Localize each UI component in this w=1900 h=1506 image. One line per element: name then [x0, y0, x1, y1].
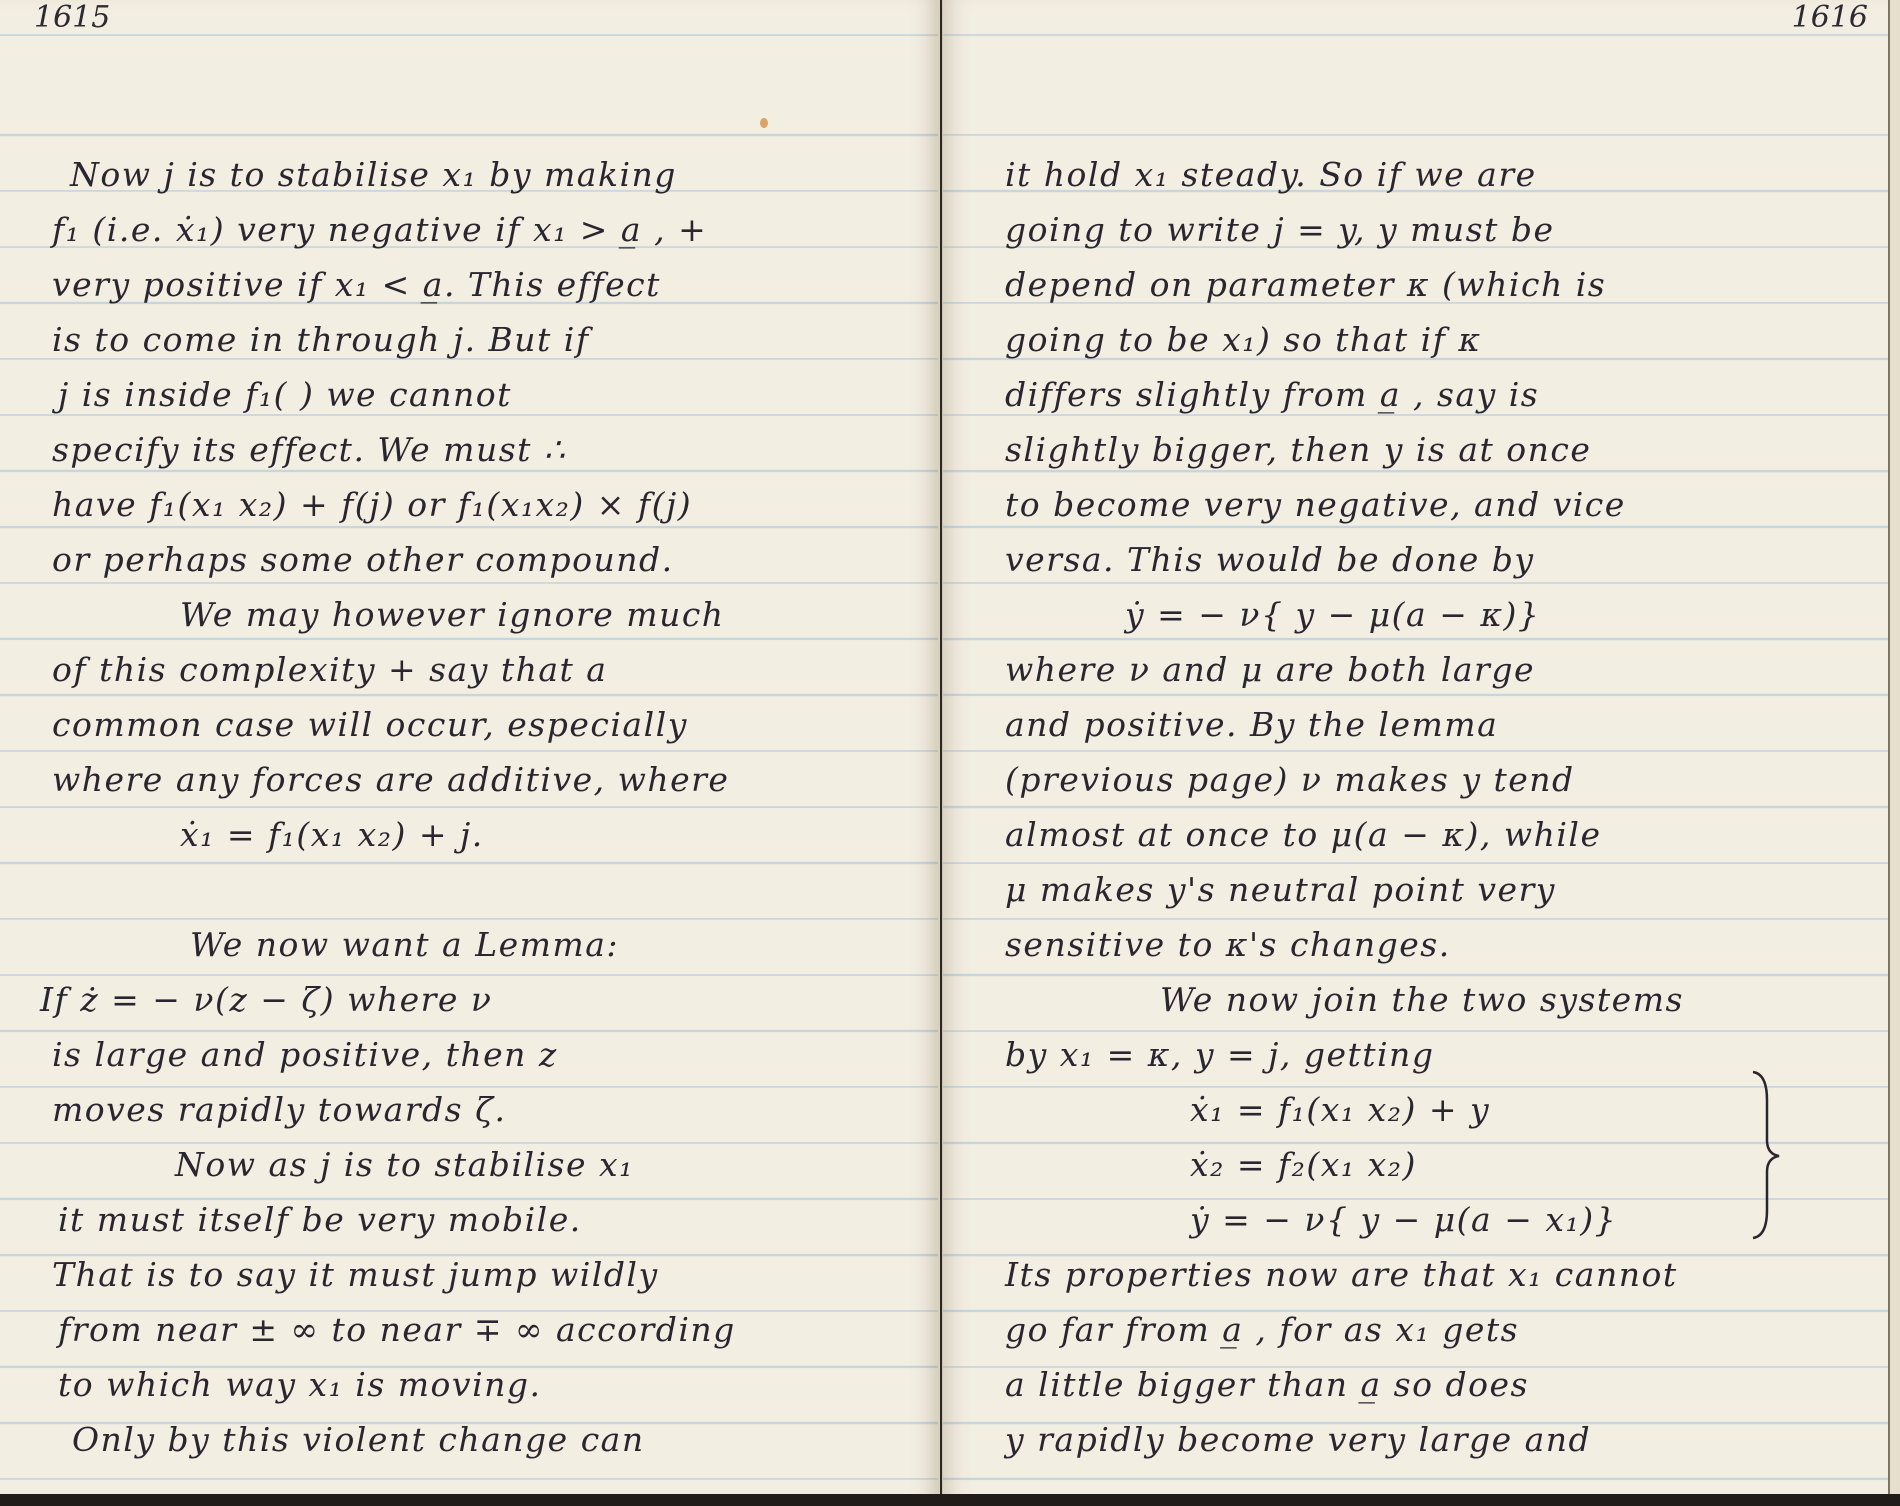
handwritten-line: or perhaps some other compound.: [52, 540, 674, 580]
handwritten-line: depend on parameter κ (which is: [1005, 265, 1606, 305]
handwritten-line: (previous page) ν makes y tend: [1005, 760, 1575, 800]
page-number-right: 1616: [1792, 0, 1868, 35]
handwritten-line: it must itself be very mobile.: [58, 1200, 582, 1240]
handwritten-line: f₁ (i.e. ẋ₁) very negative if x₁ > a̲ , …: [52, 210, 707, 250]
handwritten-line: ẋ₁ = f₁(x₁ x₂) + j.: [180, 815, 484, 855]
handwritten-line: from near ± ∞ to near ∓ ∞ according: [58, 1310, 736, 1350]
handwritten-line: j is inside f₁( ) we cannot: [58, 375, 512, 415]
handwritten-line: ẏ = − ν{ y − μ(a − κ)}: [1125, 595, 1540, 635]
handwritten-line: by x₁ = κ, y = j, getting: [1005, 1035, 1434, 1075]
handwritten-line: almost at once to μ(a − κ), while: [1005, 815, 1602, 855]
handwritten-line: differs slightly from a̲ , say is: [1005, 375, 1539, 415]
handwritten-line: a little bigger than a̲ so does: [1005, 1365, 1529, 1405]
handwritten-line: That is to say it must jump wildly: [52, 1255, 659, 1295]
handwritten-line: is large and positive, then z: [52, 1035, 558, 1075]
handwritten-line: We now want a Lemma:: [190, 925, 619, 965]
handwritten-line: going to write j = y, y must be: [1005, 210, 1555, 250]
equation-brace: [1745, 1070, 1785, 1240]
handwritten-line: and positive. By the lemma: [1005, 705, 1498, 745]
handwritten-line: ẏ = − ν{ y − μ(a − x₁)}: [1190, 1200, 1617, 1240]
handwritten-line: going to be x₁) so that if κ: [1005, 320, 1482, 360]
background-bottom: [0, 1494, 1900, 1506]
handwritten-line: go far from a̲ , for as x₁ gets: [1005, 1310, 1519, 1350]
handwritten-line: where any forces are additive, where: [52, 760, 729, 800]
handwritten-line: We now join the two systems: [1160, 980, 1684, 1020]
handwritten-line: μ makes y's neutral point very: [1005, 870, 1556, 910]
handwritten-line: Its properties now are that x₁ cannot: [1005, 1255, 1678, 1295]
ink-stain: [760, 118, 768, 128]
handwritten-line: to become very negative, and vice: [1005, 485, 1626, 525]
handwritten-line: versa. This would be done by: [1005, 540, 1535, 580]
handwritten-line: ẋ₁ = f₁(x₁ x₂) + y: [1190, 1090, 1490, 1130]
handwritten-line: Only by this violent change can: [72, 1420, 645, 1460]
handwritten-line: common case will occur, especially: [52, 705, 688, 745]
handwritten-line: Now j is to stabilise x₁ by making: [70, 155, 677, 195]
handwritten-line: it hold x₁ steady. So if we are: [1005, 155, 1537, 195]
handwritten-line: have f₁(x₁ x₂) + f(j) or f₁(x₁x₂) × f(j): [52, 485, 692, 525]
handwritten-line: slightly bigger, then y is at once: [1005, 430, 1591, 470]
page-number-left: 1615: [34, 0, 110, 35]
handwritten-line: to which way x₁ is moving.: [58, 1365, 542, 1405]
handwritten-line: If ż = − ν(z − ζ) where ν: [40, 980, 492, 1020]
handwritten-line: y rapidly become very large and: [1005, 1420, 1591, 1460]
handwritten-line: very positive if x₁ < a̲. This effect: [52, 265, 661, 305]
handwritten-line: is to come in through j. But if: [52, 320, 590, 360]
handwritten-line: Now as j is to stabilise x₁: [175, 1145, 634, 1185]
handwritten-line: specify its effect. We must ∴: [52, 430, 566, 470]
handwritten-line: We may however ignore much: [180, 595, 725, 635]
handwritten-line: moves rapidly towards ζ.: [52, 1090, 506, 1130]
notebook-spread: 1615 1616 Now j is to stabilise x₁ by ma…: [0, 0, 1900, 1500]
handwritten-line: ẋ₂ = f₂(x₁ x₂): [1190, 1145, 1417, 1185]
handwritten-line: sensitive to κ's changes.: [1005, 925, 1451, 965]
handwritten-line: where ν and μ are both large: [1005, 650, 1535, 690]
page-edge: [1888, 0, 1900, 1500]
handwritten-line: of this complexity + say that a: [52, 650, 607, 690]
